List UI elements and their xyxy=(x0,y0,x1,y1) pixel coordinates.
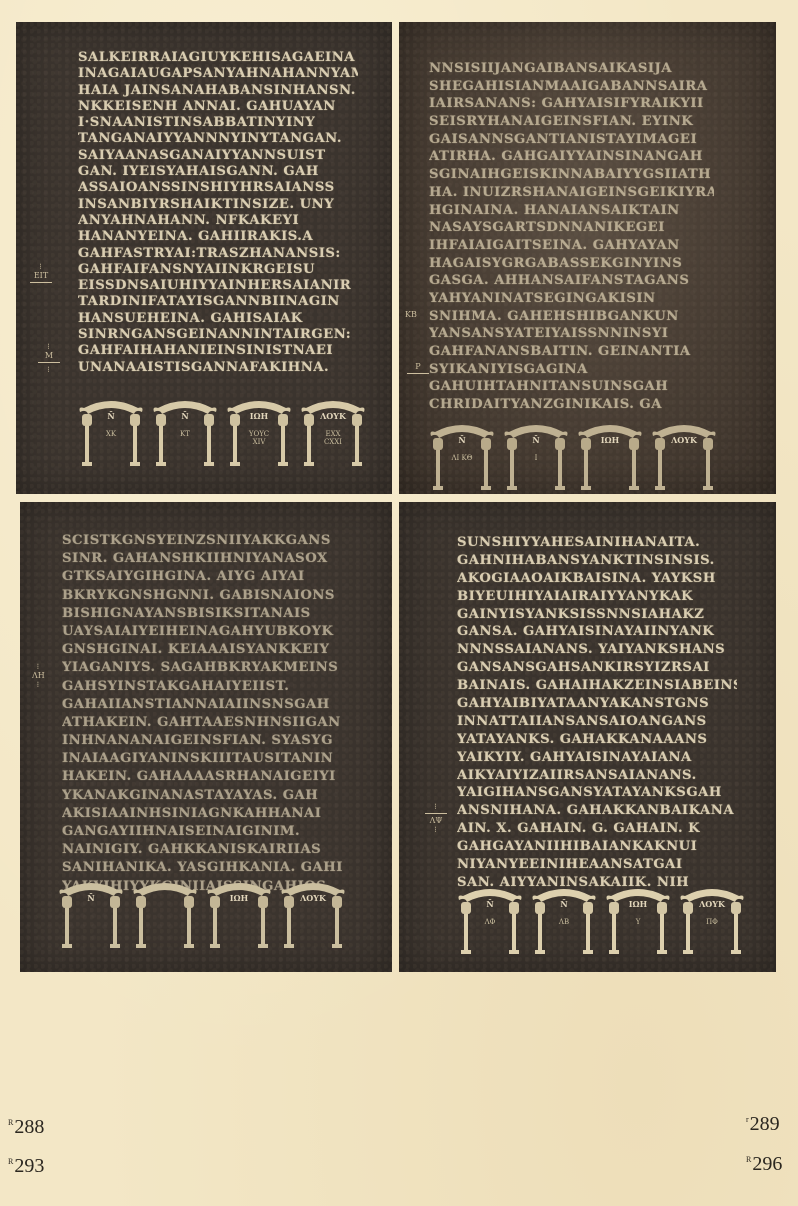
margin-dots: ⁝ xyxy=(425,825,447,834)
canon-number: EXX CXXI xyxy=(316,430,350,446)
manuscript-plate-bottom-left: SCISTKGNSYEINZSNIIYAKKGANS SINR. GAHANSH… xyxy=(20,502,392,972)
text-line: I·SNAANISTINSABBATINYINY xyxy=(78,115,358,131)
text-line: INAIAAGIYANINSKIIITAUSITANIN xyxy=(62,750,347,768)
page-number-value: 289 xyxy=(750,1113,780,1135)
margin-dots: ⁝ xyxy=(38,342,60,351)
text-line: SHEGAHISIANMAAIGABANNSAIRA xyxy=(429,78,714,96)
margin-note-text: KB xyxy=(405,310,417,319)
canon-number: ΛΦ xyxy=(473,918,507,926)
text-line: YAHYANINATSEGINGAKISIN xyxy=(429,290,714,308)
manuscript-text: NNSISIIJANGAIBANSAIKASIJA SHEGAHISIANMAA… xyxy=(429,60,714,414)
canon-number: ΛΒ xyxy=(547,918,581,926)
text-line: INNATTAIIANSANSAIOANGANS xyxy=(457,713,737,731)
text-line: BISHIGNAYANSBISIKSITANAIS xyxy=(62,605,347,623)
page-number-left-top: R288 xyxy=(8,1116,44,1139)
text-line: BIYEUIHIYAIAIRAIYYANYKAK xyxy=(457,588,737,606)
margin-section-mark: ⁝ EIT xyxy=(30,262,52,285)
arch-john: ΙΩΗ xyxy=(202,882,276,952)
plate-prefix: R xyxy=(8,1157,13,1166)
margin-dots: ⁝ xyxy=(30,262,52,271)
text-line: ASSAIOANSSINSHIYHRSAIANSS xyxy=(78,180,358,196)
text-line: AKOGIAAOAIKBAISINA. YAYKSH xyxy=(457,570,737,588)
canon-table-arcade: N̄ ΛΦ N̄ ΛΒ xyxy=(453,888,749,958)
text-line: TANGANAIYYANNNYINYTANGAN. xyxy=(78,131,358,147)
margin-section-mark: ⁝ ΛΗ ⁝ xyxy=(32,662,45,689)
evangelist-label: ΛΟΥΚ xyxy=(695,900,729,909)
margin-note-text: EIT xyxy=(34,271,48,280)
arch-matthew: N̄ ΛΦ xyxy=(453,888,527,958)
text-line: NAINIGIY. GAHKKANISKAIRIIAS xyxy=(62,841,347,859)
plate-prefix: R xyxy=(746,1155,751,1164)
evangelist-label: ΛΟΥΚ xyxy=(667,436,701,445)
canon-number: ΠΦ xyxy=(695,918,729,926)
text-line: GAN. IYEISYAHAISGANN. GAH xyxy=(78,164,358,180)
manuscript-plate-top-left: SALKEIRRAIAGIUYKEHISAGAEINA INAGAIAUGAPS… xyxy=(16,22,392,494)
text-line: GAISANNSGANTIANISTAYIMAGEI xyxy=(429,131,714,149)
margin-dots: ⁝ xyxy=(38,365,60,374)
canon-number: XK xyxy=(94,430,128,438)
margin-dots: ⁝ xyxy=(32,662,45,671)
text-line: NKKEISENH ANNAI. GAHUAYAN xyxy=(78,99,358,115)
text-line: SNIHMA. GAHEHSHIBGANKUN xyxy=(429,308,714,326)
text-line: BKRYKGNSHGNNI. GABISNAIONS xyxy=(62,587,347,605)
plate-prefix: R xyxy=(8,1118,13,1127)
text-line: GANGAYIIHNAISEINAIGINIM. xyxy=(62,823,347,841)
arch-john: ΙΩΗ Υ xyxy=(601,888,675,958)
arch-luke: ΛΟΥΚ EXX CXXI xyxy=(296,400,370,470)
page-number-value: 288 xyxy=(14,1116,44,1138)
text-line: HAIA JAINSANAHABANSINHANSN. xyxy=(78,83,358,99)
margin-note-text: P xyxy=(415,362,420,371)
text-line: SINRNGANSGEINANNINTAIRGEN: xyxy=(78,327,358,343)
evangelist-label: ΛΟΥΚ xyxy=(296,894,330,903)
text-line: NNSISIIJANGAIBANSAIKASIJA xyxy=(429,60,714,78)
text-line: INHNANANAIGEINSFIAN. SYASYG xyxy=(62,732,347,750)
text-line: GANSA. GAHYAISINAYAIINYANK xyxy=(457,623,737,641)
page-number-value: 293 xyxy=(14,1155,44,1177)
text-line: CHRIDAITYANZGINIKAIS. GA xyxy=(429,396,714,414)
manuscript-plate-bottom-right: SUNSHIYYAHESAINIHANAITA. GAHNIHABANSYANK… xyxy=(399,502,776,972)
arch-matthew: N̄ xyxy=(54,882,128,952)
page-number-right-top: r289 xyxy=(746,1113,780,1136)
evangelist-label: N̄ xyxy=(519,436,553,445)
text-line: YANSANSYATEIYAISSNNINSYI xyxy=(429,325,714,343)
text-line: GAHFASTRYAI:TRASZHANANSIS: xyxy=(78,246,358,262)
evangelist-label: ΙΩΗ xyxy=(621,900,655,909)
margin-note-text: M xyxy=(45,351,53,360)
text-line: SCISTKGNSYEINZSNIIYAKKGANS xyxy=(62,532,347,550)
text-line: GANSANSGAHSANKIRSYIZRSAI xyxy=(457,659,737,677)
canon-table-arcade: N̄ XK N̄ KT xyxy=(74,400,370,470)
margin-note-text: ΛΗ xyxy=(32,671,45,680)
canon-number: ΛΙ ΚΘ xyxy=(445,454,479,462)
arch-luke: ΛΟΥΚ xyxy=(276,882,350,952)
evangelist-label: N̄ xyxy=(168,412,202,421)
text-line: GAHSYINSTAKGAHAIYEIIST. xyxy=(62,678,347,696)
arch-matthew: N̄ ΛΙ ΚΘ xyxy=(425,424,499,494)
margin-rule xyxy=(38,362,60,363)
text-line: GAHFAIHAHANIEINSINISTNAEI xyxy=(78,343,358,359)
text-line: BAINAIS. GAHAIHAKZEINSIABEINS xyxy=(457,677,737,695)
arch-mark: N̄ Ι xyxy=(499,424,573,494)
text-line: GAHNIHABANSYANKTINSINSIS. xyxy=(457,552,737,570)
text-line: INSANBIYRSHAIKTINSIZE. UNY xyxy=(78,197,358,213)
text-line: ANSNIHANA. GAHAKKANBAIKANA xyxy=(457,802,737,820)
evangelist-label: N̄ xyxy=(94,412,128,421)
text-line: YAIKYIY. GAHYAISINAYAIANA xyxy=(457,749,737,767)
text-line: SGINAIHGEISKINNABAIYYGSIIATH xyxy=(429,166,714,184)
text-line: UAYSAIAIYEIHEINAGAHYUBKOYK xyxy=(62,623,347,641)
evangelist-label: ΛΟΥΚ xyxy=(316,412,350,421)
text-line: YIAGANIYS. SAGAHBKRYAKMEINS xyxy=(62,659,347,677)
text-line: HAGAISYGRGABASSEKGINYINS xyxy=(429,255,714,273)
evangelist-label: N̄ xyxy=(445,436,479,445)
margin-section-mark: ⁝ M ⁝ xyxy=(38,342,60,374)
text-line: AIKYAIYIZAIIRSANSAIANANS. xyxy=(457,767,737,785)
text-line: ANYAHNAHANN. NFKAKEYI xyxy=(78,213,358,229)
text-line: NASAYSGARTSDNNANIKEGEI xyxy=(429,219,714,237)
text-line: HANANYEINA. GAHIIRAKIS.A xyxy=(78,229,358,245)
canon-number: Υ xyxy=(621,918,655,926)
page-number-right-bottom: R296 xyxy=(746,1153,782,1176)
canon-number: KT xyxy=(168,430,202,438)
text-line: UNANAAISTISGANNAFAKIHNA. xyxy=(78,360,358,376)
evangelist-label: N̄ xyxy=(473,900,507,909)
arch-columns-icon xyxy=(128,882,202,952)
manuscript-text: SALKEIRRAIAGIUYKEHISAGAEINA INAGAIAUGAPS… xyxy=(78,50,358,376)
text-line: GAHFANANSBAITIN. GEINANTIA xyxy=(429,343,714,361)
margin-note-text: ΛΨ xyxy=(430,816,443,825)
text-line: IAIRSANANS: GAHYAISIFYRAIKYII xyxy=(429,95,714,113)
text-line: IHFAIAIGAITSEINA. GAHYAYAN xyxy=(429,237,714,255)
text-line: TARDINIFATAYISGANNBIINAGIN xyxy=(78,294,358,310)
text-line: HANSUEHEINA. GAHISAIAK xyxy=(78,311,358,327)
manuscript-text: SUNSHIYYAHESAINIHANAITA. GAHNIHABANSYANK… xyxy=(457,534,737,892)
evangelist-label: N̄ xyxy=(74,894,108,903)
text-line: NNNSSAIANANS. YAIYANKSHANS xyxy=(457,641,737,659)
arch-john: ΙΩΗ YOYC XIV xyxy=(222,400,296,470)
page-number-value: 296 xyxy=(752,1153,782,1175)
canon-number: YOYC XIV xyxy=(242,430,276,446)
text-line: SAIYAANASGANAIYYANNSUIST xyxy=(78,148,358,164)
arch-luke: ΛΟΥΚ xyxy=(647,424,721,494)
margin-section-mark: P xyxy=(407,362,429,376)
text-line: SINR. GAHANSHKIIHNIYANASOX xyxy=(62,550,347,568)
evangelist-label: ΙΩΗ xyxy=(593,436,627,445)
text-line: NIYANYEEINIHEAANSATGAI xyxy=(457,856,737,874)
text-line: AKISIAAINHSINIAGNKAHHANAI xyxy=(62,805,347,823)
canon-number: Ι xyxy=(519,454,553,462)
margin-section-mark: KB xyxy=(405,310,417,319)
arch-mark xyxy=(128,882,202,952)
manuscript-text: SCISTKGNSYEINZSNIIYAKKGANS SINR. GAHANSH… xyxy=(62,532,347,896)
text-line: GNSHGINAI. KEIAAAISYANKKEIY xyxy=(62,641,347,659)
text-line: INAGAIAUGAPSANYAHNAHANNYAM xyxy=(78,66,358,82)
margin-dots: ⁝ xyxy=(32,680,45,689)
margin-dots: ⁝ xyxy=(425,802,447,811)
text-line: YKANAKGINANASTAYAYAS. GAH xyxy=(62,787,347,805)
text-line: GAINYISYANKSISSNNSIAHAKZ xyxy=(457,606,737,624)
canon-table-arcade: N̄ ΛΙ ΚΘ N̄ Ι xyxy=(425,424,721,494)
text-line: SANIHANIKA. YASGIHKANIA. GAHI xyxy=(62,859,347,877)
text-line: EISSDNSAIUHIYYAINHERSAIANIR xyxy=(78,278,358,294)
plate-prefix: r xyxy=(746,1115,749,1124)
text-line: HGINAINA. HANAIANSAIKTAIN xyxy=(429,202,714,220)
evangelist-label: ΙΩΗ xyxy=(242,412,276,421)
text-line: GAHUIHTAHNITANSUINSGAH xyxy=(429,378,714,396)
text-line: YATAYANKS. GAHAKKANAAANS xyxy=(457,731,737,749)
arch-mark: N̄ ΛΒ xyxy=(527,888,601,958)
text-line: HA. INUIZRSHANAIGEINSGEIKIYRA xyxy=(429,184,714,202)
evangelist-label: ΙΩΗ xyxy=(222,894,256,903)
text-line: GAHFAIFANSNYAIINKRGEISU xyxy=(78,262,358,278)
manuscript-plate-top-right: NNSISIIJANGAIBANSAIKASIJA SHEGAHISIANMAA… xyxy=(399,22,776,494)
margin-rule xyxy=(407,373,429,374)
canon-table-arcade: N̄ xyxy=(54,882,350,952)
text-line: GAHAIIANSTIANNAIAIINSNSGAH xyxy=(62,696,347,714)
evangelist-label: N̄ xyxy=(547,900,581,909)
text-line: YAIGIHANSGANSYATAYANKSGAH xyxy=(457,784,737,802)
text-line: SALKEIRRAIAGIUYKEHISAGAEINA xyxy=(78,50,358,66)
text-line: SYIKANIYISGAGINA xyxy=(429,361,714,379)
margin-section-mark: ⁝ ΛΨ ⁝ xyxy=(425,802,447,834)
text-line: SUNSHIYYAHESAINIHANAITA. xyxy=(457,534,737,552)
text-line: GAHGAYANIIHIBAIANKAKNUI xyxy=(457,838,737,856)
arch-mark: N̄ KT xyxy=(148,400,222,470)
margin-rule xyxy=(30,282,52,283)
text-line: ATIRHA. GAHGAIYYAINSINANGAH xyxy=(429,148,714,166)
text-line: GASGA. AHHANSAIFANSTAGANS xyxy=(429,272,714,290)
margin-rule xyxy=(425,813,447,814)
text-line: HAKEIN. GAHAAAASRHANAIGEIYI xyxy=(62,768,347,786)
page-number-left-bottom: R293 xyxy=(8,1155,44,1178)
text-line: GAHYAIBIYATAANYAKANSTGNS xyxy=(457,695,737,713)
text-line: AIN. X. GAHAIN. G. GAHAIN. K xyxy=(457,820,737,838)
text-line: SEISRYHANAIGEINSFIAN. EYINK xyxy=(429,113,714,131)
text-line: GTKSAIYGIHGINA. AIYG AIYAI xyxy=(62,568,347,586)
arch-matthew: N̄ XK xyxy=(74,400,148,470)
arch-luke: ΛΟΥΚ ΠΦ xyxy=(675,888,749,958)
arch-john: ΙΩΗ xyxy=(573,424,647,494)
text-line: ATHAKEIN. GAHTAAESNHNSIIGAN xyxy=(62,714,347,732)
